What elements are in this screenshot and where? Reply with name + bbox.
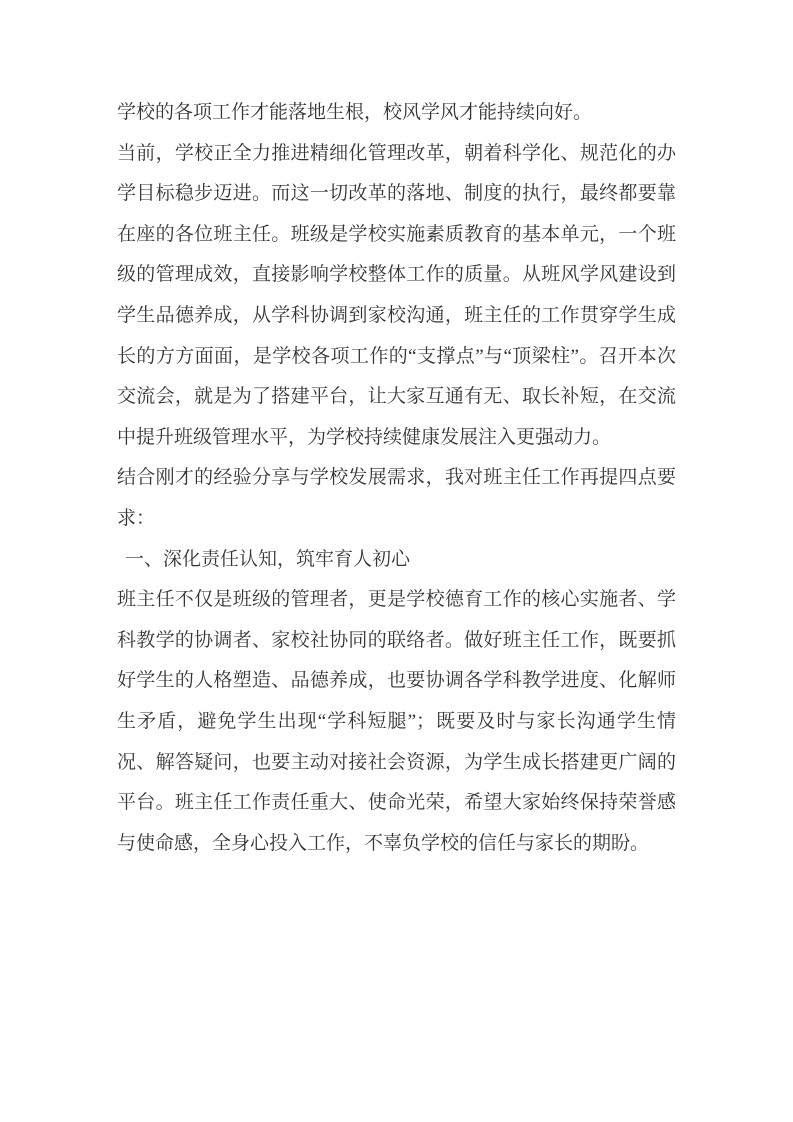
paragraph-current-situation: 当前，学校正全力推进精细化管理改革，朝着科学化、规范化的办学目标稳步迈进。而这一… bbox=[117, 134, 676, 459]
paragraph-transition: 结合刚才的经验分享与学校发展需求，我对班主任工作再提四点要求： bbox=[117, 458, 676, 539]
paragraph-intro-tail: 学校的各项工作才能落地生根，校风学风才能持续向好。 bbox=[117, 93, 676, 134]
paragraph-requirement-1-body: 班主任不仅是班级的管理者，更是学校德育工作的核心实施者、学科教学的协调者、家校社… bbox=[117, 580, 676, 864]
document-page: 学校的各项工作才能落地生根，校风学风才能持续向好。 当前，学校正全力推进精细化管… bbox=[0, 0, 793, 1122]
heading-requirement-1: 一、深化责任认知，筑牢育人初心 bbox=[117, 540, 676, 581]
